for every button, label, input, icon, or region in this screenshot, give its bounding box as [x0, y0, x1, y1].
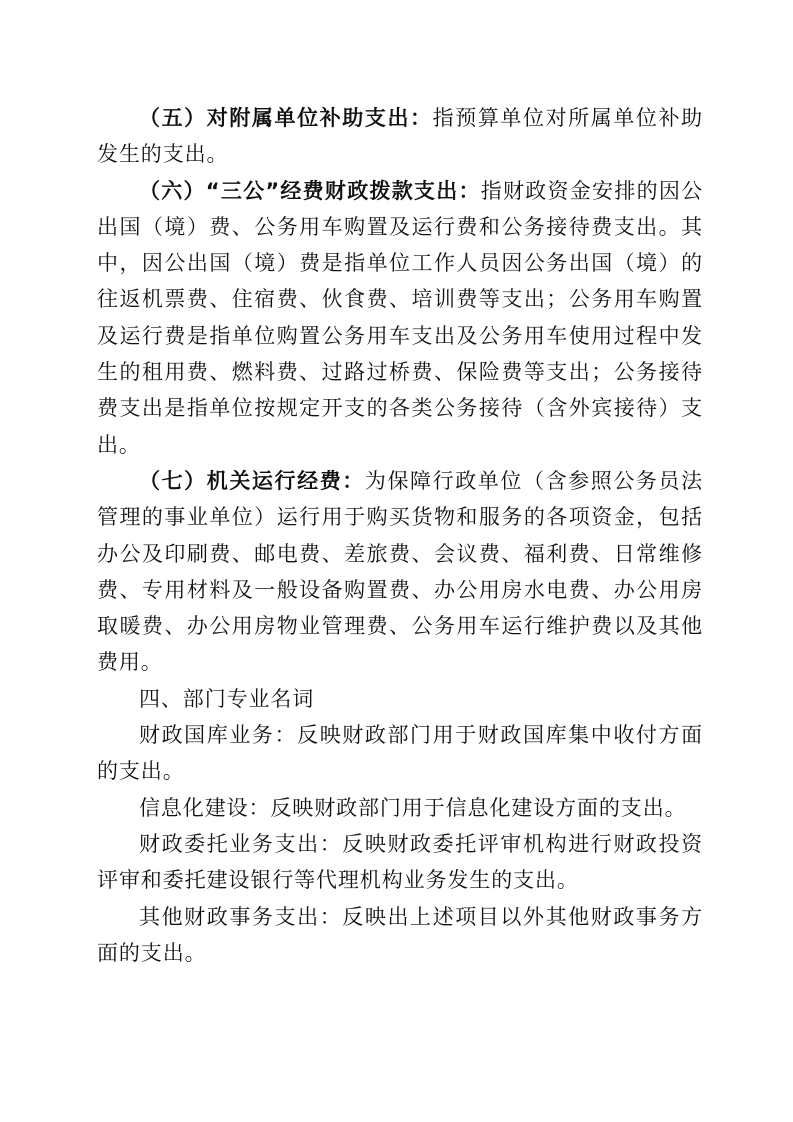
paragraph-label: （七）机关运行经费： [139, 469, 365, 493]
term-entrusted-business: 财政委托业务支出：反映财政委托评审机构进行财政投资评审和委托建设银行等代理机构业… [97, 826, 703, 899]
term-informatization: 信息化建设：反映财政部门用于信息化建设方面的支出。 [97, 790, 703, 826]
paragraph-agency-operating-costs: （七）机关运行经费：为保障行政单位（含参照公务员法管理的事业单位）运行用于购买货… [97, 463, 703, 681]
section-heading: 四、部门专业名词 [97, 681, 703, 717]
term-other-fiscal-affairs: 其他财政事务支出：反映出上述项目以外其他财政事务方面的支出。 [97, 899, 703, 972]
term-treasury-business: 财政国库业务：反映财政部门用于财政国库集中收付方面的支出。 [97, 717, 703, 790]
paragraph-label: （六）“三公”经费财政拨款支出： [139, 179, 481, 203]
paragraph-text: 为保障行政单位（含参照公务员法管理的事业单位）运行用于购买货物和服务的各项资金，… [97, 469, 703, 674]
paragraph-text: 指财政资金安排的因公出国（境）费、公务用车购置及运行费和公务接待费支出。其中，因… [97, 179, 703, 457]
paragraph-label: （五）对附属单位补助支出： [139, 106, 433, 130]
document-page: （五）对附属单位补助支出：指预算单位对所属单位补助发生的支出。 （六）“三公”经… [97, 100, 703, 971]
paragraph-three-public-expenses: （六）“三公”经费财政拨款支出：指财政资金安排的因公出国（境）费、公务用车购置及… [97, 173, 703, 463]
paragraph-subsidy-to-affiliates: （五）对附属单位补助支出：指预算单位对所属单位补助发生的支出。 [97, 100, 703, 173]
